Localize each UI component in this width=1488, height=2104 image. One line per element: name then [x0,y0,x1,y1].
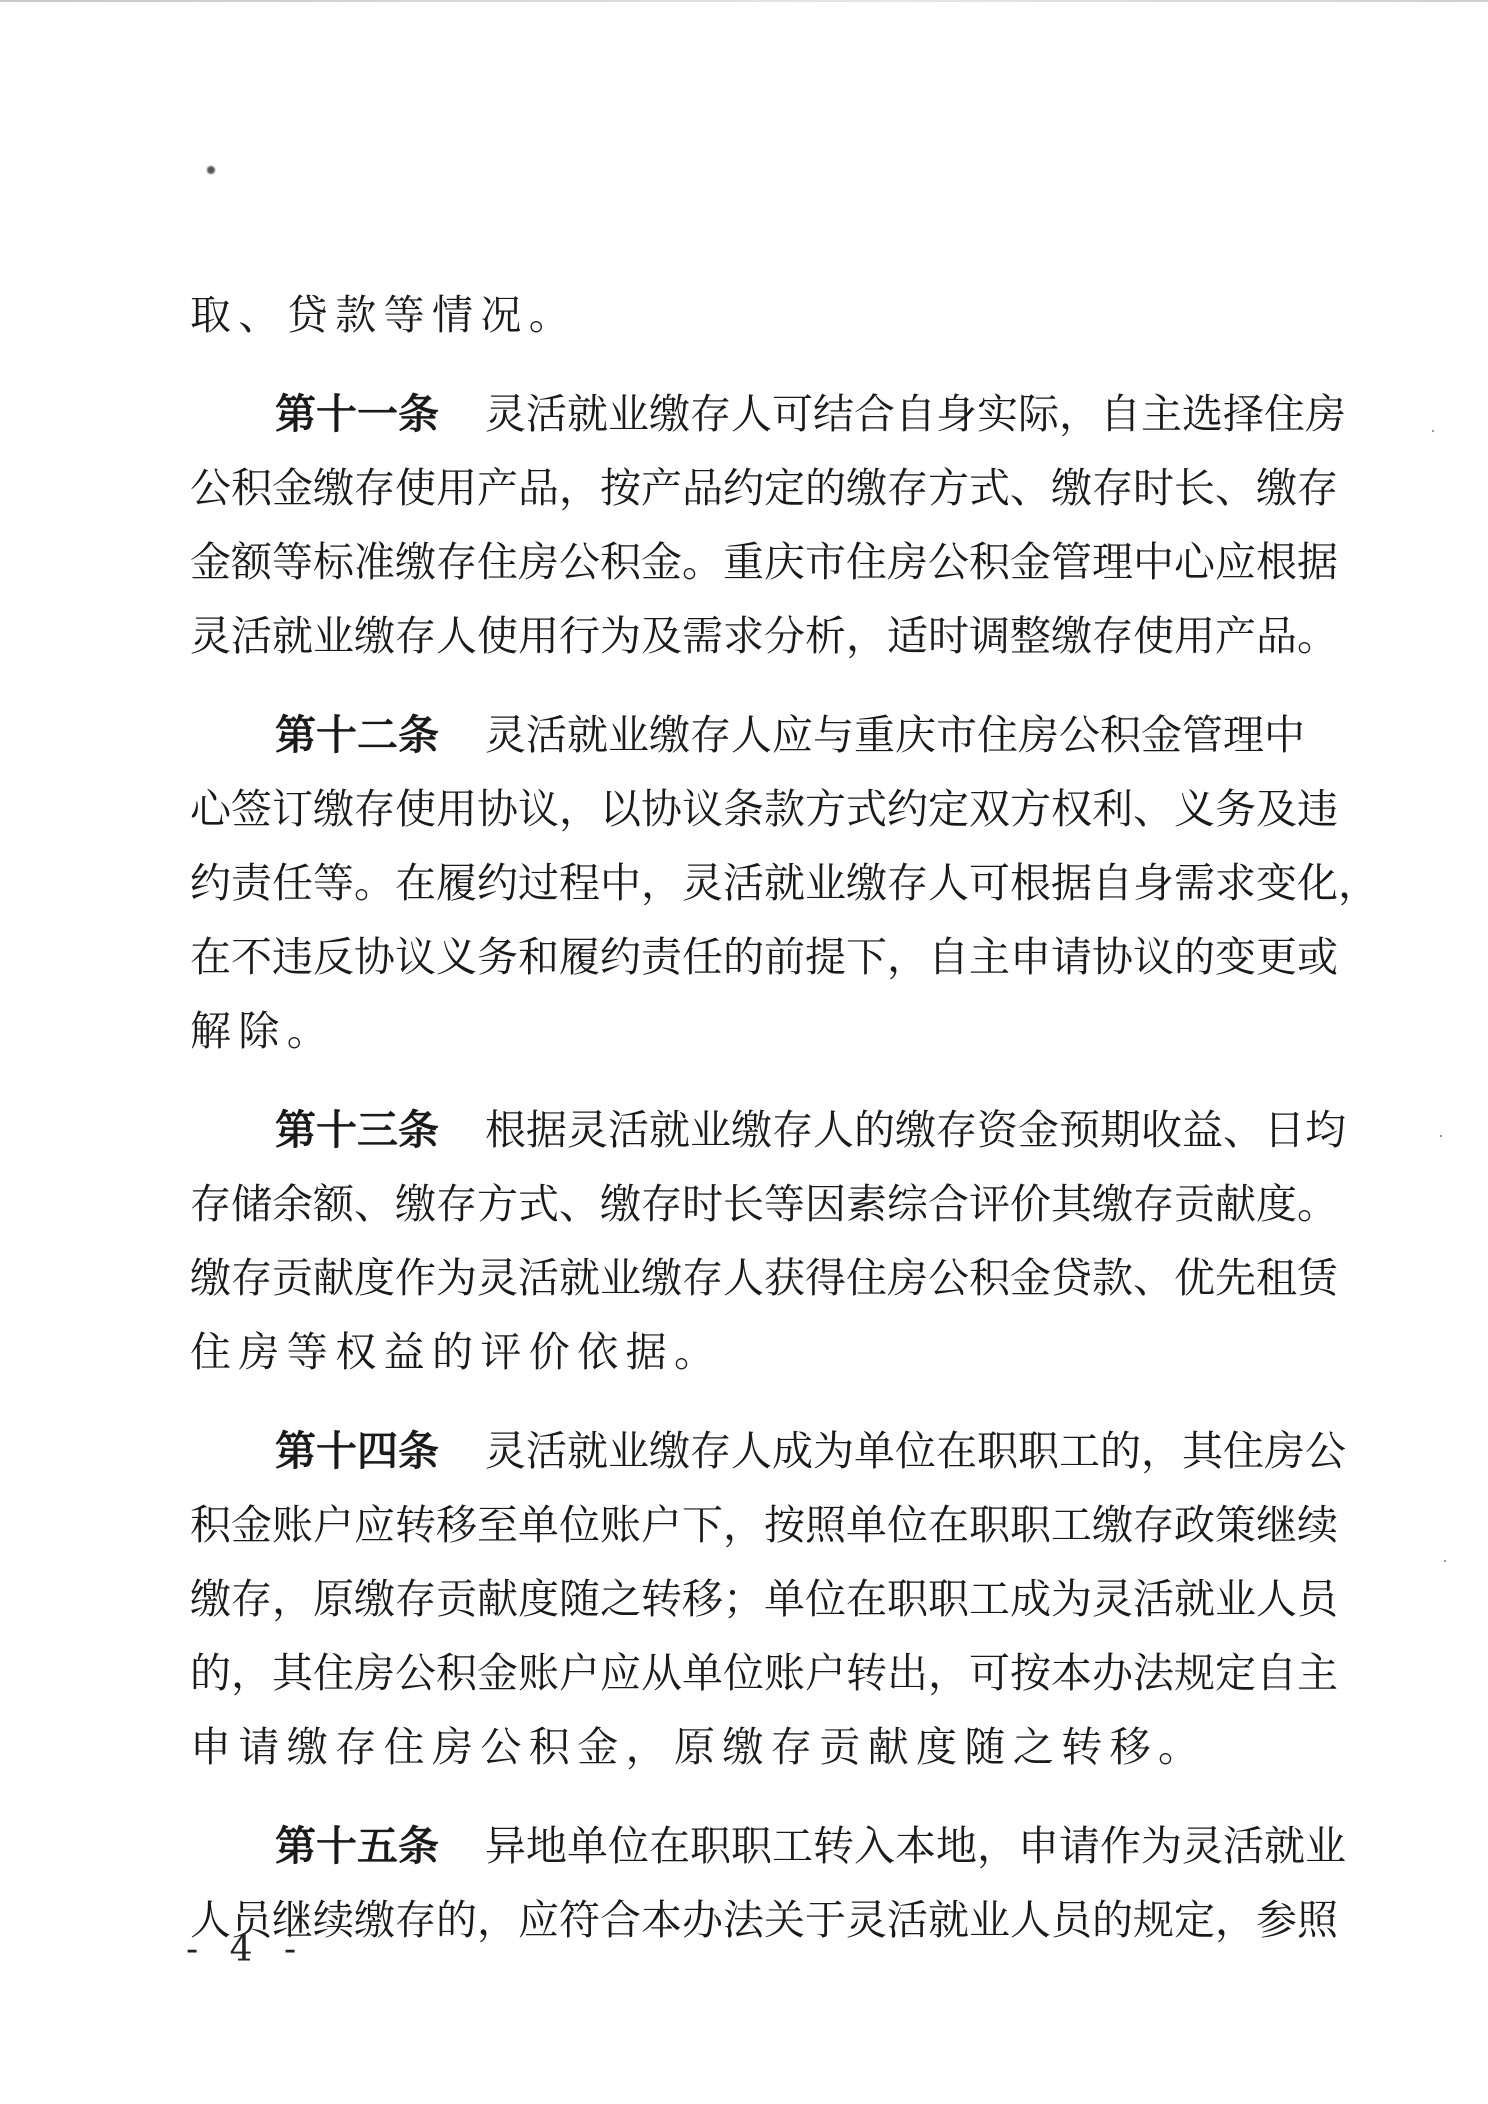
page-top-border [0,0,1488,2]
text-line-content: 灵活就业缴存人应与重庆市住房公积金管理中 [485,711,1305,759]
article-number: 第十二条 [275,711,439,759]
text-line: 第十三条根据灵活就业缴存人的缴存资金预期收益、日均 [190,1093,1300,1167]
text-line: 存储余额、缴存方式、缴存时长等因素综合评价其缴存贡献度。 [190,1167,1300,1241]
paragraph-article-10-tail: 取、贷款等情况。 [190,278,1300,352]
text-line: 灵活就业缴存人使用行为及需求分析，适时调整缴存使用产品。 [190,599,1300,673]
text-line: 第十一条灵活就业缴存人可结合自身实际，自主选择住房 [190,377,1300,451]
paragraph-article-13: 第十三条根据灵活就业缴存人的缴存资金预期收益、日均 存储余额、缴存方式、缴存时长… [190,1093,1300,1389]
paragraph-article-12: 第十二条灵活就业缴存人应与重庆市住房公积金管理中 心签订缴存使用协议，以协议条款… [190,698,1300,1068]
text-line: 人员继续缴存的，应符合本办法关于灵活就业人员的规定，参照 [190,1883,1300,1957]
paragraph-article-15: 第十五条异地单位在职职工转入本地，申请作为灵活就业 人员继续缴存的，应符合本办法… [190,1809,1300,1957]
paragraph-article-11: 第十一条灵活就业缴存人可结合自身实际，自主选择住房 公积金缴存使用产品，按产品约… [190,377,1300,673]
text-line-content: 根据灵活就业缴存人的缴存资金预期收益、日均 [485,1106,1346,1154]
text-line-content: 灵活就业缴存人成为单位在职职工的，其住房公 [485,1427,1346,1475]
scan-speck [1440,1135,1442,1137]
article-number: 第十五条 [275,1822,439,1870]
text-line: 第十五条异地单位在职职工转入本地，申请作为灵活就业 [190,1809,1300,1883]
text-line: 公积金缴存使用产品，按产品约定的缴存方式、缴存时长、缴存 [190,451,1300,525]
text-line: 金额等标准缴存住房公积金。重庆市住房公积金管理中心应根据 [190,525,1300,599]
text-line: 缴存，原缴存贡献度随之转移；单位在职职工成为灵活就业人员 [190,1562,1300,1636]
scan-speck [1444,1560,1446,1562]
text-line-content: 灵活就业缴存人可结合自身实际，自主选择住房 [485,390,1346,438]
text-line-content: 异地单位在职职工转入本地，申请作为灵活就业 [485,1822,1346,1870]
page-number: - 4 - [186,1929,306,1970]
text-line: 申请缴存住房公积金，原缴存贡献度随之转移。 [190,1710,1300,1784]
text-line: 缴存贡献度作为灵活就业缴存人获得住房公积金贷款、优先租赁 [190,1241,1300,1315]
text-line: 约责任等。在履约过程中，灵活就业缴存人可根据自身需求变化， [190,846,1300,920]
article-number: 第十三条 [275,1106,439,1154]
document-body: 取、贷款等情况。 第十一条灵活就业缴存人可结合自身实际，自主选择住房 公积金缴存… [190,278,1300,1957]
paragraph-article-14: 第十四条灵活就业缴存人成为单位在职职工的，其住房公 积金账户应转移至单位账户下，… [190,1414,1300,1784]
text-line: 取、贷款等情况。 [190,278,1300,352]
text-line: 住房等权益的评价依据。 [190,1315,1300,1389]
text-line: 在不违反协议义务和履约责任的前提下，自主申请协议的变更或 [190,920,1300,994]
text-line: 的，其住房公积金账户应从单位账户转出，可按本办法规定自主 [190,1636,1300,1710]
scan-artifact-mark [206,165,216,175]
text-line: 解除。 [190,994,1300,1068]
article-number: 第十四条 [275,1427,439,1475]
article-number: 第十一条 [275,390,439,438]
text-line: 心签订缴存使用协议，以协议条款方式约定双方权利、义务及违 [190,772,1300,846]
text-line: 积金账户应转移至单位账户下，按照单位在职职工缴存政策继续 [190,1488,1300,1562]
text-line: 第十四条灵活就业缴存人成为单位在职职工的，其住房公 [190,1414,1300,1488]
scan-speck [1432,430,1434,432]
text-line: 第十二条灵活就业缴存人应与重庆市住房公积金管理中 [190,698,1300,772]
